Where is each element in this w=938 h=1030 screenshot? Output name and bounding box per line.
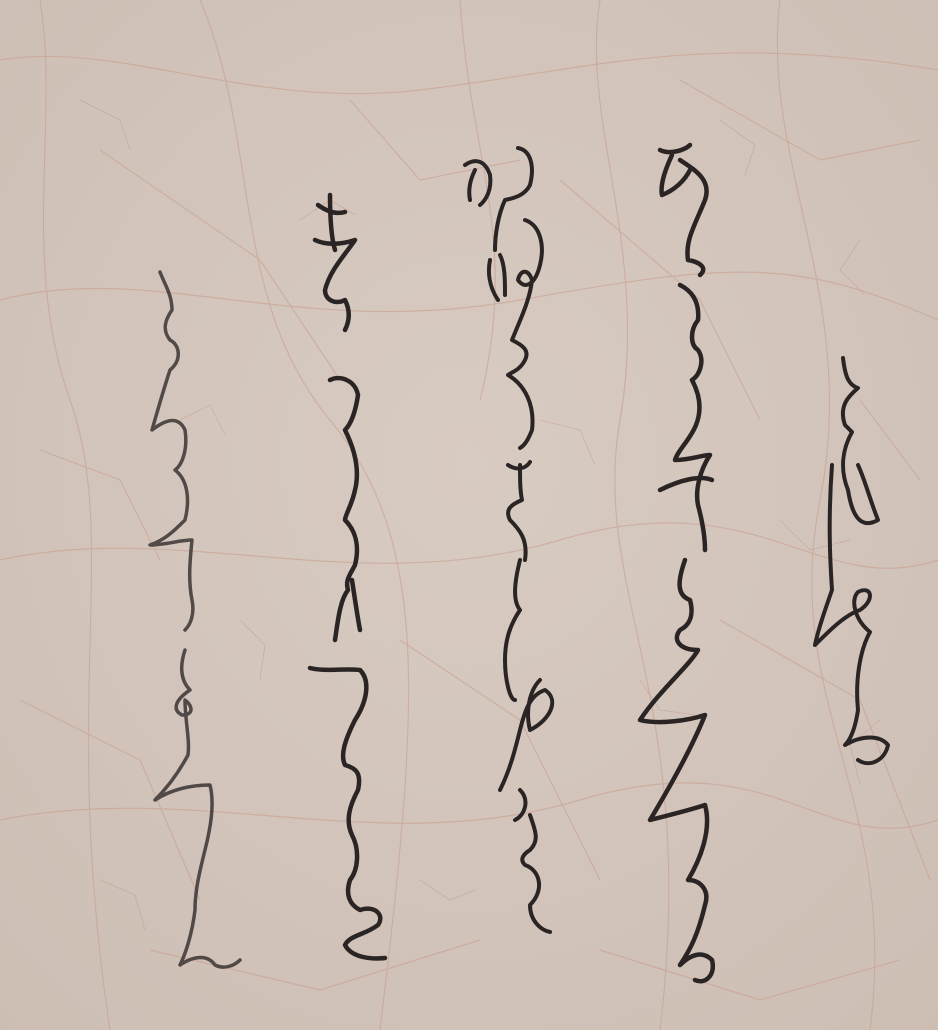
calligraphy-sheet: Japanese kana calligraphy (cursive renme… (0, 0, 938, 1030)
column-4 (310, 195, 385, 958)
column-2 (640, 145, 713, 981)
column-3 (465, 148, 552, 932)
column-1 (815, 358, 888, 763)
ink-calligraphy (0, 0, 938, 1030)
column-5 (150, 272, 240, 967)
